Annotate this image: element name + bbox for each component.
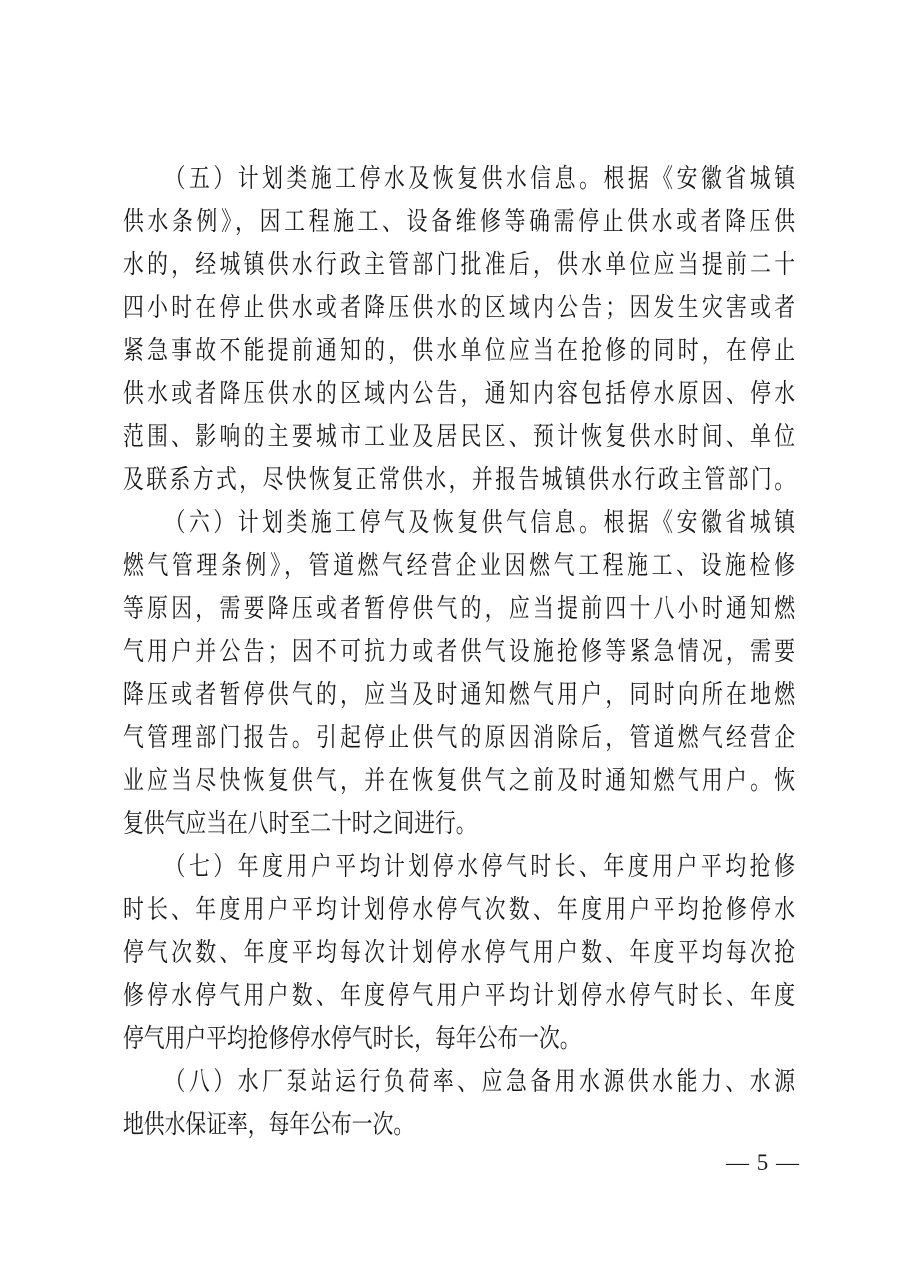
text-line: 复供气应当在八时至二十时之间进行。 [123,802,795,845]
text-line: 降压或者暂停供气的，应当及时通知燃气用户，同时向所在地燃 [123,673,795,716]
page-number: — 5 — [726,1148,800,1178]
text-line: 水的，经城镇供水行政主管部门批准后，供水单位应当提前二十 [123,243,795,286]
text-line: 停气次数、年度平均每次计划停水停气用户数、年度平均每次抢 [123,931,795,974]
text-line: 供水或者降压供水的区域内公告，通知内容包括停水原因、停水 [123,372,795,415]
text-line: 等原因，需要降压或者暂停供气的，应当提前四十八小时通知燃 [123,587,795,630]
document-page: （五）计划类施工停水及恢复供水信息。根据《安徽省城镇 供水条例》，因工程施工、设… [0,0,900,1267]
text-line: 供水条例》，因工程施工、设备维修等确需停止供水或者降压供 [123,200,795,243]
text-line: 时长、年度用户平均计划停水停气次数、年度用户平均抢修停水 [123,888,795,931]
text-line: 范围、影响的主要城市工业及居民区、预计恢复供水时间、单位 [123,415,795,458]
document-body: （五）计划类施工停水及恢复供水信息。根据《安徽省城镇 供水条例》，因工程施工、设… [123,157,795,1146]
text-line: 及联系方式，尽快恢复正常供水，并报告城镇供水行政主管部门。 [123,458,795,501]
text-line: 气用户并公告；因不可抗力或者供气设施抢修等紧急情况，需要 [123,630,795,673]
text-line: 业应当尽快恢复供气，并在恢复供气之前及时通知燃气用户。恢 [123,759,795,802]
paragraph-item-5: （五）计划类施工停水及恢复供水信息。根据《安徽省城镇 供水条例》，因工程施工、设… [123,157,795,501]
paragraph-item-6: （六）计划类施工停气及恢复供气信息。根据《安徽省城镇 燃气管理条例》，管道燃气经… [123,501,795,845]
text-line: 四小时在停止供水或者降压供水的区域内公告；因发生灾害或者 [123,286,795,329]
text-line: 紧急事故不能提前通知的，供水单位应当在抢修的同时，在停止 [123,329,795,372]
text-line: 燃气管理条例》，管道燃气经营企业因燃气工程施工、设施检修 [123,544,795,587]
paragraph-item-7: （七）年度用户平均计划停水停气时长、年度用户平均抢修 时长、年度用户平均计划停水… [123,845,795,1060]
text-line: （五）计划类施工停水及恢复供水信息。根据《安徽省城镇 [123,157,795,200]
text-line: 气管理部门报告。引起停止供气的原因消除后，管道燃气经营企 [123,716,795,759]
text-line: 修停水停气用户数、年度停气用户平均计划停水停气时长、年度 [123,974,795,1017]
text-line: 地供水保证率，每年公布一次。 [123,1103,795,1146]
paragraph-item-8: （八）水厂泵站运行负荷率、应急备用水源供水能力、水源 地供水保证率，每年公布一次… [123,1060,795,1146]
text-line: （七）年度用户平均计划停水停气时长、年度用户平均抢修 [123,845,795,888]
text-line: （八）水厂泵站运行负荷率、应急备用水源供水能力、水源 [123,1060,795,1103]
text-line: （六）计划类施工停气及恢复供气信息。根据《安徽省城镇 [123,501,795,544]
text-line: 停气用户平均抢修停水停气时长，每年公布一次。 [123,1017,795,1060]
